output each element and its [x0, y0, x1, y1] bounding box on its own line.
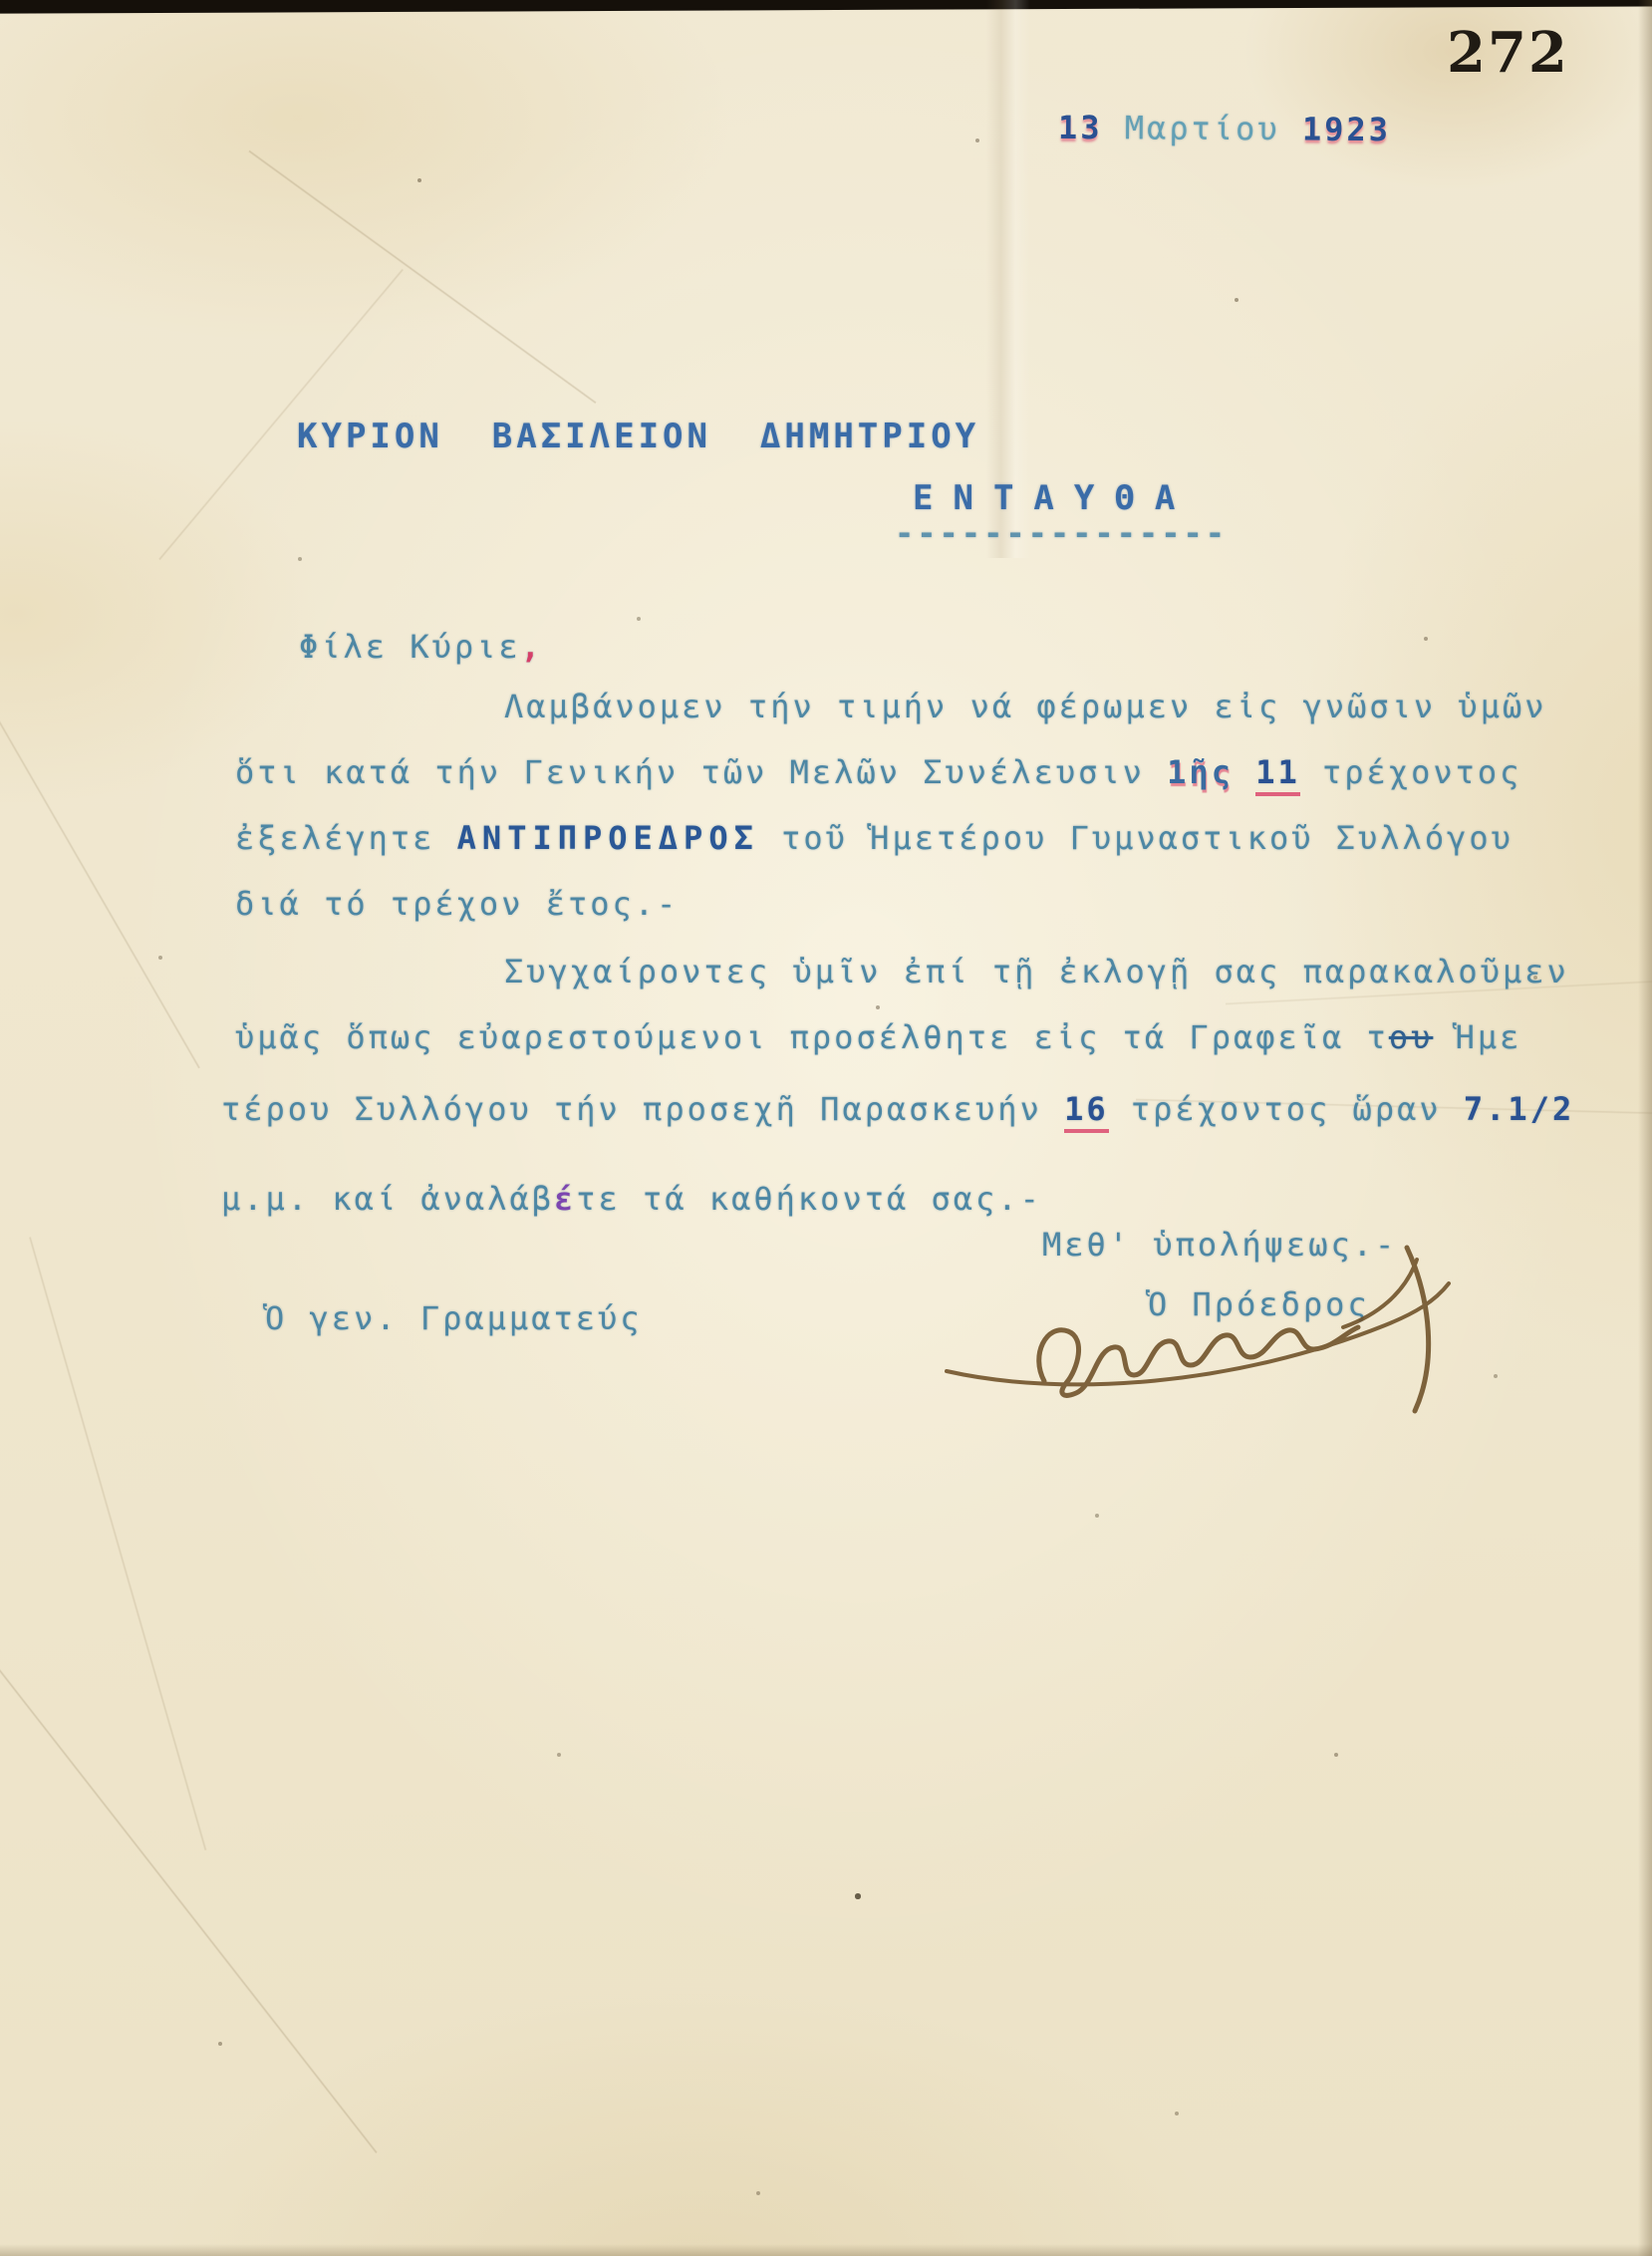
location-underline: --------------- — [895, 514, 1228, 552]
scanned-letter: 272 13 Μαρτίου 1923 ΚΥΡΙΟΝ ΒΑΣΙΛΕΙΟΝ ΔΗΜ… — [0, 0, 1652, 2256]
body-line-2: ὅτι κατά τήν Γενικήν τῶν Μελῶν Συνέλευσι… — [235, 755, 1521, 790]
meeting-day-number: 11 — [1255, 753, 1300, 796]
title-vice-president: ΑΝΤΙΠΡΟΕΔΡΟΣ — [457, 819, 759, 857]
body-line-6: ὑμᾶς ὅπως εὐαρεστούμενοι προσέλθητε εἰς … — [235, 1020, 1521, 1055]
body-line-3-text: ἐξελέγητε — [235, 819, 457, 857]
meeting-day-ordinal: 1ῆς — [1167, 753, 1234, 791]
dust-specks — [0, 0, 2, 2]
paper-edge-right — [1638, 0, 1652, 2256]
letter-date: 13 Μαρτίου 1923 — [1058, 111, 1391, 148]
date-month: Μαρτίου — [1102, 109, 1302, 147]
body-line-6-text: ὑμᾶς ὅπως εὐαρεστούμενοι προσέλθητε εἰς … — [235, 1018, 1389, 1056]
body-line-3: ἐξελέγητε ΑΝΤΙΠΡΟΕΔΡΟΣ τοῦ Ἡμετέρου Γυμν… — [235, 821, 1514, 856]
typed-correction: ου — [1389, 1018, 1434, 1056]
date-year: 1923 — [1302, 111, 1391, 149]
body-line-5: Συγχαίροντες ὑμῖν ἐπί τῇ ἐκλογῇ σας παρα… — [504, 955, 1569, 989]
body-line-7-text: τέρου Συλλόγου τήν προσεχῆ Παρασκευήν — [221, 1090, 1064, 1128]
space — [1234, 753, 1255, 791]
body-line-2-text: ὅτι κατά τήν Γενικήν τῶν Μελῶν Συνέλευσι… — [235, 753, 1167, 791]
friday-date-number: 16 — [1064, 1090, 1109, 1133]
overtyped-character: έ — [554, 1180, 576, 1218]
body-line-1: Λαμβάνομεν τήν τιμήν νά φέρωμεν εἰς γνῶσ… — [504, 690, 1546, 724]
page-number: 272 — [1447, 20, 1569, 86]
president-signature — [917, 1214, 1475, 1433]
date-day: 13 — [1058, 109, 1103, 146]
recipient-line: ΚΥΡΙΟΝ ΒΑΣΙΛΕΙΟΝ ΔΗΜΗΤΡΙΟΥ — [297, 417, 979, 456]
salutation-comma: , — [521, 628, 543, 666]
salutation-text: Φίλε Κύριε — [299, 628, 521, 666]
body-line-7: τέρου Συλλόγου τήν προσεχῆ Παρασκευήν 16… — [221, 1092, 1574, 1127]
body-line-2-tail: τρέχοντος — [1300, 753, 1522, 791]
body-line-8: μ.μ. καί ἀναλάβέτε τά καθήκοντά σας.- — [221, 1182, 1042, 1217]
location-line: ΕΝΤΑΥΘΑ — [913, 478, 1195, 518]
paper-sheet — [0, 6, 1652, 2256]
body-line-3-tail: τοῦ Ἡμετέρου Γυμναστικοῦ Συλλόγου — [759, 819, 1514, 857]
body-line-7-mid: τρέχοντος ὥραν — [1109, 1090, 1464, 1128]
paper-edge-bottom — [0, 2244, 1652, 2256]
salutation: Φίλε Κύριε, — [299, 630, 543, 665]
body-line-8-text: μ.μ. καί ἀναλάβ — [221, 1180, 554, 1218]
body-line-6-tail: Ἡμε — [1433, 1018, 1521, 1056]
meeting-time: 7.1/2 — [1464, 1090, 1574, 1128]
secretary-label: Ὁ γεν. Γραμματεύς — [265, 1301, 643, 1336]
body-line-8-tail: τε τά καθήκοντά σας.- — [576, 1180, 1042, 1218]
vertical-fold — [986, 0, 1030, 558]
body-line-4: διά τό τρέχον ἔτος.- — [235, 887, 679, 922]
